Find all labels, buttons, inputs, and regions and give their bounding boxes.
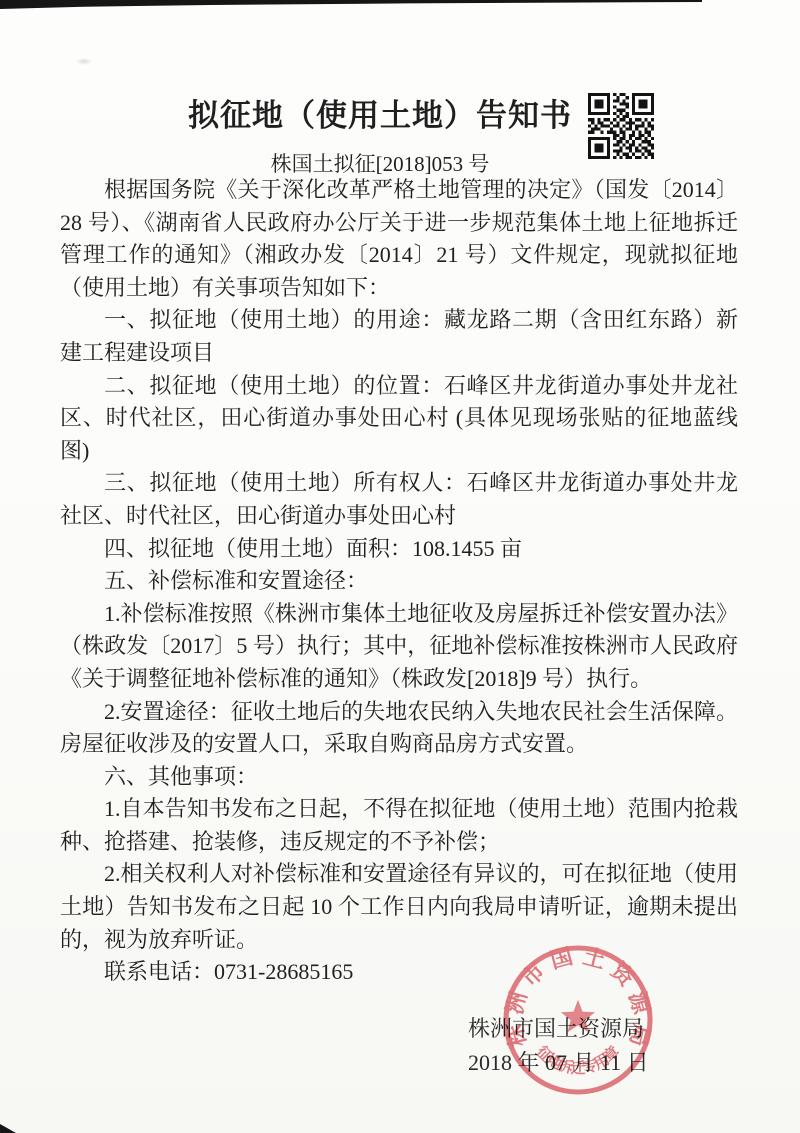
paragraph: 四、拟征地（使用土地）面积：108.1455 亩	[60, 533, 738, 566]
paragraph: 六、其他事项：	[60, 761, 738, 794]
scanned-notice-page: 拟征地（使用土地）告知书 株国土拟征[2018]053 号 根据国务院《关于深化…	[0, 0, 800, 1133]
paragraph: 一、拟征地（使用土地）的用途：藏龙路二期（含田红东路）新建工程建设项目	[60, 304, 738, 369]
qr-code-icon	[588, 93, 654, 159]
body-paragraphs: 根据国务院《关于深化改革严格土地管理的决定》（国发〔2014〕28 号）、《湖南…	[60, 174, 738, 956]
paragraph: 二、拟征地（使用土地）的位置：石峰区井龙街道办事处井龙社区、时代社区，田心街道办…	[60, 370, 738, 468]
paragraph: 1.补偿标准按照《株洲市集体土地征收及房屋拆迁补偿安置办法》（株政发〔2017〕…	[60, 598, 738, 696]
paragraph: 1.自本告知书发布之日起，不得在拟征地（使用土地）范围内抢栽种、抢搭建、抢装修，…	[60, 793, 738, 858]
document-body: 根据国务院《关于深化改革严格土地管理的决定》（国发〔2014〕28 号）、《湖南…	[60, 174, 738, 989]
scan-artifact-top-edge	[0, 0, 702, 9]
paragraph: 2.安置途径：征收土地后的失地农民纳入失地农民社会生活保障。房屋征收涉及的安置人…	[60, 696, 738, 761]
seal-bottom-text: 征地拆迁专用章	[533, 1043, 623, 1077]
paragraph: 根据国务院《关于深化改革严格土地管理的决定》（国发〔2014〕28 号）、《湖南…	[60, 174, 738, 304]
paragraph: 三、拟征地（使用土地）所有权人：石峰区井龙街道办事处井龙社区、时代社区，田心街道…	[60, 467, 738, 532]
star-icon	[561, 1000, 595, 1033]
seal-ring-text: 株洲市国土资源局	[501, 943, 654, 1049]
paragraph: 五、补偿标准和安置途径：	[60, 565, 738, 598]
official-red-seal: 株洲市国土资源局 征地拆迁专用章	[488, 930, 668, 1110]
scan-smudge	[76, 58, 92, 65]
scan-artifact-corner	[0, 1121, 16, 1133]
